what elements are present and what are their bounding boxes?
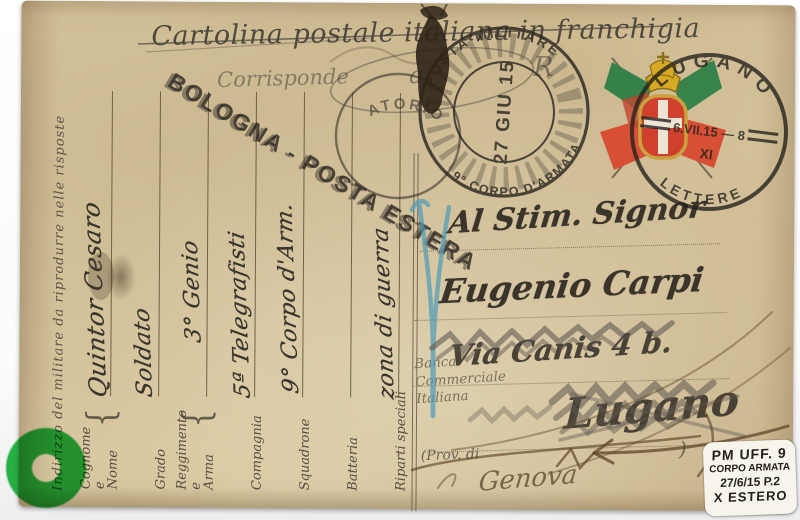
form-address-divider xyxy=(411,153,418,511)
edge-note: Indirizzo del militare da riprodurre nel… xyxy=(51,31,76,491)
ruled-line xyxy=(206,92,209,397)
handwritten-value: 3° Genio xyxy=(178,238,207,344)
field-label: Compagnia xyxy=(250,415,264,490)
address-line-salutation: Al Stim. Signor xyxy=(447,190,707,242)
handwritten-value: 9° Corpo d'Arm. xyxy=(272,200,304,395)
field-riparti-speciali: Riparti speciali zona di guerra xyxy=(361,33,412,493)
province-printed-suffix: ) xyxy=(679,437,687,461)
address-line-city-struck: Lugano xyxy=(563,375,741,439)
ruled-line xyxy=(350,93,353,398)
province-printed-prefix: (Prov. di xyxy=(421,446,480,464)
field-label: Squadrone xyxy=(298,419,312,491)
ink-smudge xyxy=(106,253,136,301)
pencil-forwarding-note: Banca Commerciale Italiana xyxy=(414,350,508,408)
ruled-line xyxy=(158,91,161,396)
field-squadrone: Squadrone 9° Corpo d'Arm. xyxy=(265,32,316,492)
field-label: Riparti speciali xyxy=(394,391,408,491)
ruled-line xyxy=(110,91,113,396)
postcard-scan: Cartolina postale italiana in franchigia… xyxy=(18,1,795,512)
brace-glyph: { xyxy=(80,408,124,427)
province-handwritten-value: Genova xyxy=(477,460,578,498)
green-ring-sticker xyxy=(5,427,87,509)
label-line: X ESTERO xyxy=(704,487,796,505)
subtitle-fragment: a xyxy=(409,61,423,89)
address-line-name: Eugenio Carpi xyxy=(437,260,706,311)
field-label: Batteria xyxy=(346,437,360,491)
ruled-line xyxy=(398,93,401,398)
field-batteria: Batteria xyxy=(313,32,364,492)
handwritten-value: Quintor Cesaro xyxy=(77,199,112,399)
field-label: Grado xyxy=(154,449,167,490)
collector-label: PM UFF. 9 CORPO ARMATA 27/6/15 P.2 X EST… xyxy=(703,439,798,516)
subtitle-fragment: R xyxy=(533,52,554,83)
address-ruled-line xyxy=(415,312,727,321)
label-line: PM UFF. 9 xyxy=(703,444,796,463)
brace-glyph: { xyxy=(176,408,220,427)
handwritten-value: 5ª Telegrafisti xyxy=(225,229,256,400)
handwritten-value: zona di guerra xyxy=(368,225,399,400)
handwritten-value: Soldato xyxy=(130,306,158,399)
